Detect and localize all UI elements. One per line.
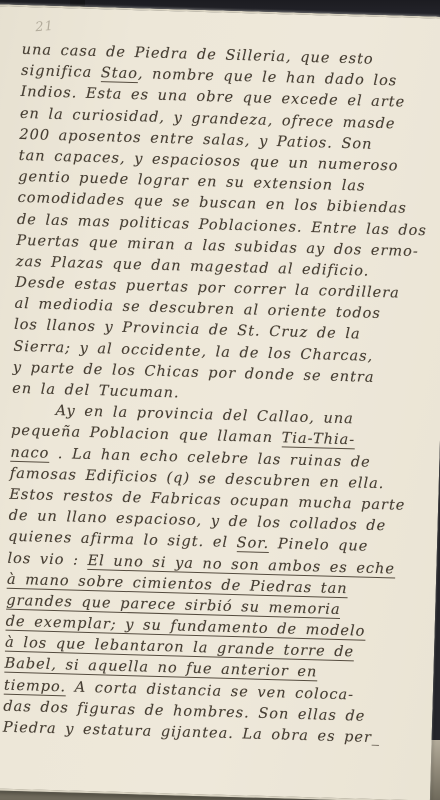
text-segment: los vio : — [7, 550, 88, 568]
pencil-page-number: 21 — [35, 19, 55, 35]
text-segment: Pinelo que — [269, 536, 369, 555]
text-segment: significa — [21, 63, 101, 81]
underlined-text: Stao — [101, 65, 139, 83]
underlined-text: naco — [10, 444, 49, 462]
manuscript-page: 21 una casa de Piedra de Silleria, que e… — [0, 4, 440, 800]
text-segment: en la del Tucuman. — [12, 381, 180, 402]
text-segment: quienes afirma lo sigt. el — [8, 529, 237, 551]
underlined-text: Sor. — [236, 535, 269, 553]
manuscript-text: una casa de Piedra de Silleria, que esto… — [2, 40, 436, 751]
manuscript-photo: 21 una casa de Piedra de Silleria, que e… — [0, 0, 440, 800]
underlined-text: tiempo. — [4, 677, 67, 696]
underlined-text: Tia-Thia- — [281, 431, 355, 450]
